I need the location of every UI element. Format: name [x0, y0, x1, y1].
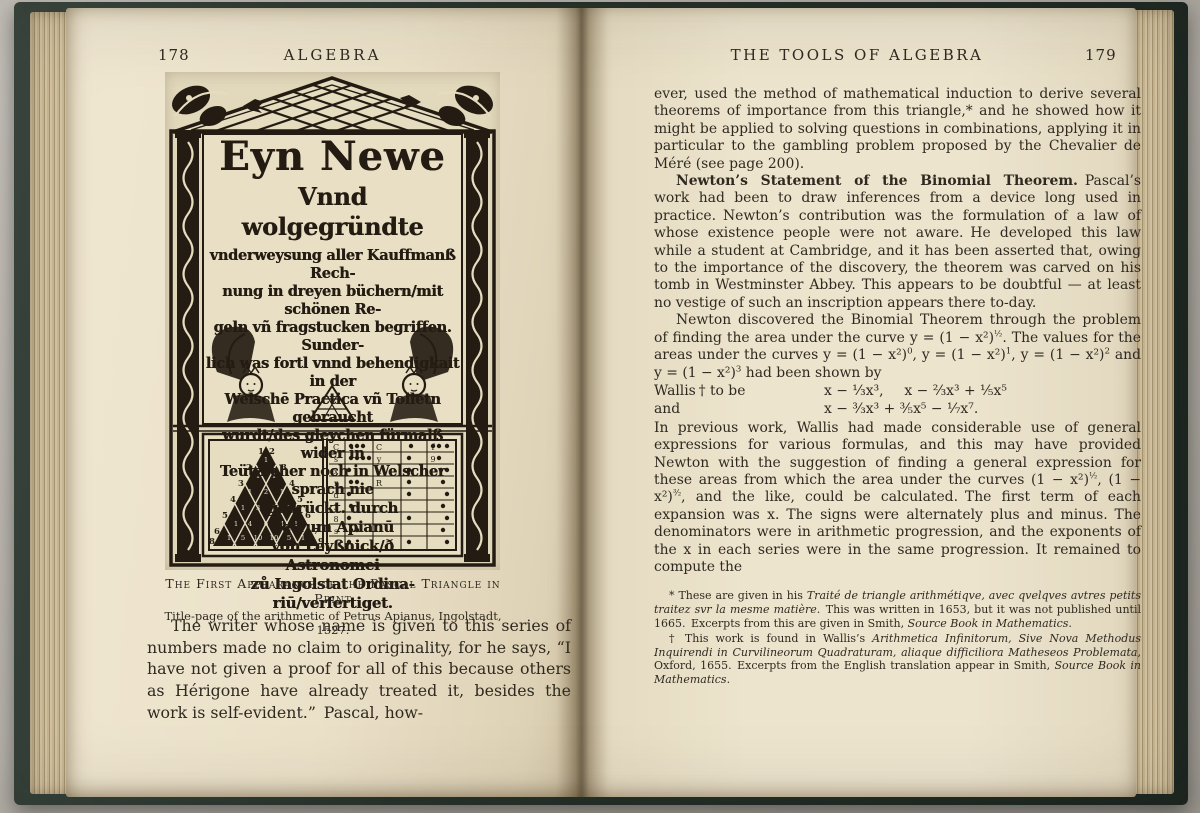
right-page-number: 179	[1085, 46, 1117, 64]
woodcut-body-line: Teützscher noch in Welscher sprach nie	[205, 463, 460, 499]
wallis-label: Wallis † to be	[654, 383, 796, 400]
woodcut-body-text: vnderweysung aller Kauffmanß Rech- nung …	[205, 247, 460, 499]
right-page-body: ever, used the method of mathematical in…	[654, 86, 1141, 689]
woodcut-illustration: 12345682345679 11112113311464115101051	[165, 72, 500, 570]
paragraph-wallis-work: In previous work, Wallis had made consid…	[654, 420, 1141, 577]
woodcut-closing-line: von Leyßnick/ð Astronomei	[247, 537, 418, 575]
woodcut-title-line1: Eyn Newe	[205, 134, 460, 180]
left-page-paragraph: The writer whose name is given to this s…	[147, 615, 571, 724]
right-page: THE TOOLS OF ALGEBRA 179 ever, used the …	[580, 8, 1136, 797]
footnote-dagger: † This work is found in Wallis’s Arithme…	[654, 632, 1141, 686]
paragraph-newton-statement-text: Pascal’s work had been to draw inference…	[654, 173, 1141, 311]
footnote-asterisk: * These are given in his Traité de trian…	[654, 589, 1141, 630]
wallis-formula-2: x − ³⁄₃x³ + ³⁄₅x⁵ − ¹⁄₇x⁷.	[824, 401, 978, 418]
woodcut-body-line: Welschē Practica vñ Tolletn gebraucht	[205, 391, 460, 427]
formula-row-2: and x − ³⁄₃x³ + ³⁄₅x⁵ − ¹⁄₇x⁷.	[654, 401, 1141, 418]
ornate-column-left	[175, 130, 201, 562]
ornate-column-right	[464, 130, 490, 562]
woodcut-title-line2: Vnnd wolgegründte	[205, 182, 460, 242]
paragraph-newton-statement: Newton’s Statement of the Binomial Theor…	[654, 173, 1141, 312]
woodcut-body-line: wurdt/des gleychen fürmalß wider in	[205, 427, 460, 463]
right-running-head: THE TOOLS OF ALGEBRA	[654, 46, 1060, 64]
left-running-head: ALGEBRA	[165, 46, 500, 64]
woodcut-title-text: Eyn Newe Vnnd wolgegründte vnderweysung …	[205, 134, 460, 613]
left-page: 178 ALGEBRA	[66, 8, 580, 797]
paragraph-lead-heading: Newton’s Statement of the Binomial Theor…	[676, 173, 1078, 189]
woodcut-closing-line: gedrückt. durch Petrum Apianū	[247, 499, 418, 537]
woodcut-body-line: lich was fortl vnnd behendigkait in der	[205, 355, 460, 391]
and-label: and	[654, 401, 796, 418]
woodcut-body-line: vnderweysung aller Kauffmanß Rech-	[205, 247, 460, 283]
caption-title: The First Appearance of the Pascal Trian…	[152, 576, 514, 606]
paragraph-binomial-discovery: Newton discovered the Binomial Theorem t…	[654, 312, 1141, 382]
book-photo: 178 ALGEBRA	[0, 0, 1200, 813]
woodcut-body-line: nung in dreyen büchern/mit schönen Re-	[205, 283, 460, 319]
paragraph-induction: ever, used the method of mathematical in…	[654, 86, 1141, 173]
formula-row-1: Wallis † to be x − ⅓x³, x − ⅔x³ + ⅕x⁵	[654, 383, 1141, 400]
footnotes: * These are given in his Traité de trian…	[654, 589, 1141, 686]
woodcut-body-line: geln vñ fragstucken begriffen. Sunder-	[205, 319, 460, 355]
wallis-formula-1: x − ⅓x³, x − ⅔x³ + ⅕x⁵	[824, 383, 1007, 400]
